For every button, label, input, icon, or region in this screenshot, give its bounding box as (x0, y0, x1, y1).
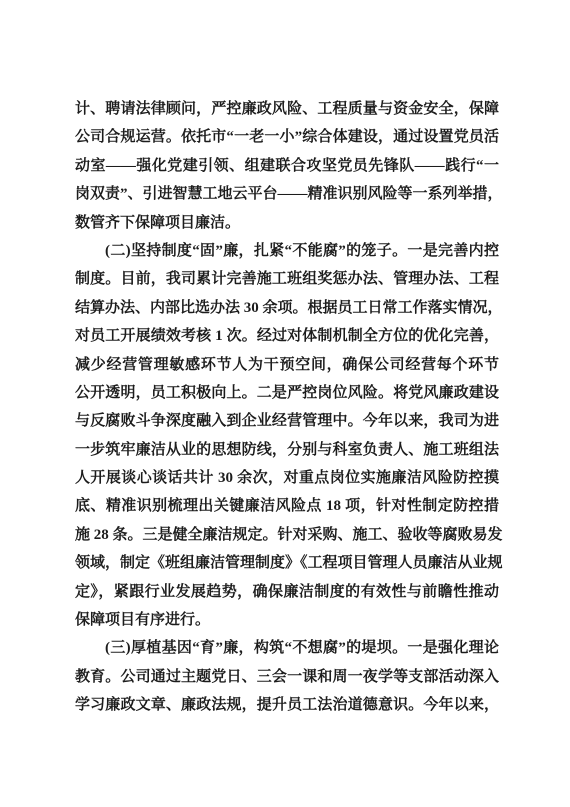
text-line: 动室——强化党建引领、组建联合攻坚党员先锋队——践行“一 (75, 152, 499, 180)
text-line: 制度。目前，我司累计完善施工班组奖惩办法、管理办法、工程 (75, 265, 499, 293)
text-line: 公司合规运营。依托市“一老一小”综合体建设，通过设置党员活 (75, 123, 499, 151)
text-line: 计、聘请法律顾问，严控廉政风险、工程质量与资金安全，保障 (75, 95, 499, 123)
document-page: 计、聘请法律顾问，严控廉政风险、工程质量与资金安全，保障 公司合规运营。依托市“… (0, 0, 570, 807)
text-line: 教育。公司通过主题党日、三会一课和周一夜学等支部活动深入 (75, 663, 499, 691)
text-line: 保障项目有序进行。 (75, 606, 499, 634)
text-line: 施 28 条。三是健全廉洁规定。针对采购、施工、验收等腐败易发 (75, 521, 499, 549)
text-line: 与反腐败斗争深度融入到企业经营管理中。今年以来，我司为进 (75, 407, 499, 435)
text-line: 学习廉政文章、廉政法规，提升员工法治道德意识。今年以来， (75, 691, 499, 719)
text-line: 对员工开展绩效考核 1 次。经过对体制机制全方位的优化完善， (75, 322, 499, 350)
text-line: 岗双责”、引进智慧工地云平台——精准识别风险等一系列举措， (75, 180, 499, 208)
document-text-block: 计、聘请法律顾问，严控廉政风险、工程质量与资金安全，保障 公司合规运营。依托市“… (75, 95, 499, 720)
text-line: 底、精准识别梳理出关键廉洁风险点 18 项，针对性制定防控措 (75, 492, 499, 520)
text-line: 人开展谈心谈话共计 30 余次，对重点岗位实施廉洁风险防控摸 (75, 464, 499, 492)
paragraph-section-2: (二)坚持制度“固”廉，扎紧“不能腐”的笼子。一是完善内控 制度。目前，我司累计… (75, 237, 499, 634)
text-line: 减少经营管理敏感环节人为干预空间，确保公司经营每个环节 (75, 351, 499, 379)
text-line: 领域，制定《班组廉洁管理制度》《工程项目管理人员廉洁从业规 (75, 549, 499, 577)
text-line: 一步筑牢廉洁从业的思想防线，分别与科室负责人、施工班组法 (75, 436, 499, 464)
text-line: 结算办法、内部比选办法 30 余项。根据员工日常工作落实情况， (75, 294, 499, 322)
text-line: 数管齐下保障项目廉洁。 (75, 209, 499, 237)
text-line: 定》，紧跟行业发展趋势，确保廉洁制度的有效性与前瞻性推动 (75, 578, 499, 606)
text-line: (三)厚植基因“育”廉，构筑“不想腐”的堤坝。一是强化理论 (75, 634, 499, 662)
paragraph-continuation: 计、聘请法律顾问，严控廉政风险、工程质量与资金安全，保障 公司合规运营。依托市“… (75, 95, 499, 237)
text-line: (二)坚持制度“固”廉，扎紧“不能腐”的笼子。一是完善内控 (75, 237, 499, 265)
paragraph-section-3: (三)厚植基因“育”廉，构筑“不想腐”的堤坝。一是强化理论 教育。公司通过主题党… (75, 634, 499, 719)
text-line: 公开透明，员工积极向上。二是严控岗位风险。将党风廉政建设 (75, 379, 499, 407)
